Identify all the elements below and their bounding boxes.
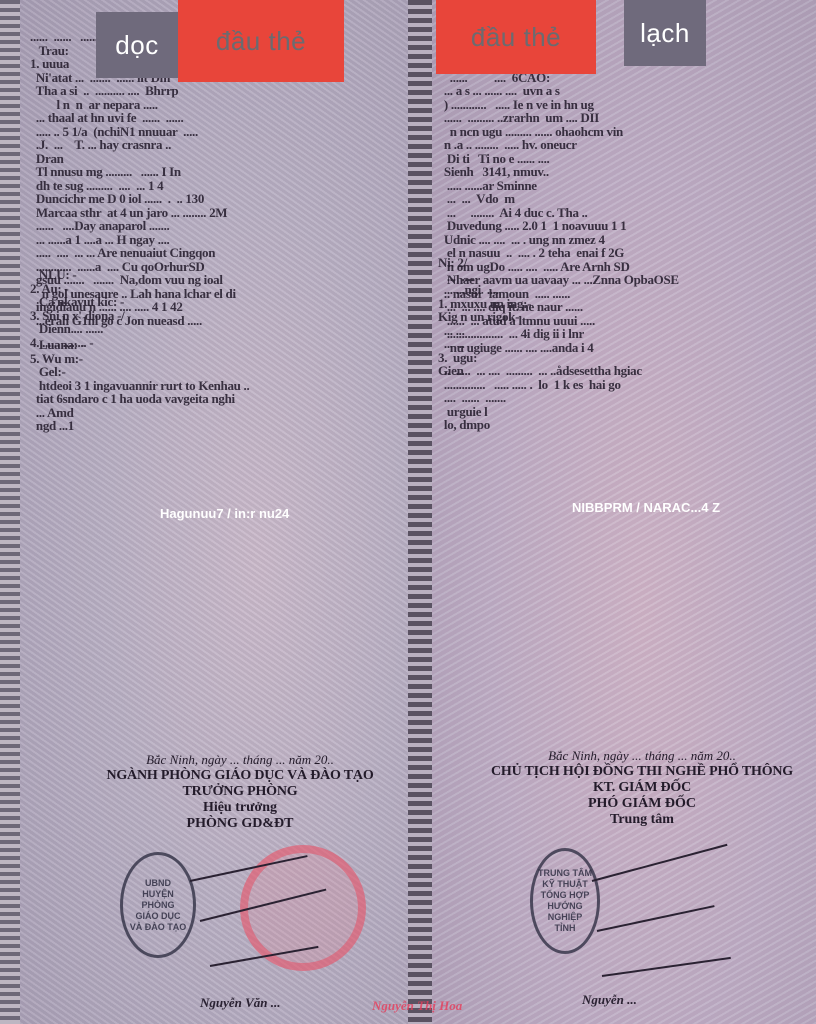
right-issue-date: Bắc Ninh, ngày ... tháng ... năm 20.. — [472, 748, 812, 764]
text-line: 3. Sni n x' diona -/ — [30, 309, 124, 323]
text-line: Di ti Ti no e ...... .... — [438, 152, 679, 166]
text-line: Ca nkavut kic: - — [30, 295, 124, 309]
text-line: Tha a si .. .......... .... Bhrrp — [30, 84, 236, 98]
text-line: tiat 6sndaro c 1 ha uoda vavgeita nghi — [30, 392, 249, 406]
text-line: ) ............ ..... Ie n ve in hn ug — [438, 98, 679, 112]
text-line: .J. ... T. ... hay crasnra .. — [30, 138, 236, 152]
right-signer-name: Nguyễn ... — [582, 992, 637, 1008]
seal-text: UBNDHUYỆNPHÒNGGIÁO DỤCVÀ ĐÀO TẠO — [130, 878, 187, 933]
text-line: ngd ...1 — [30, 419, 249, 433]
text-line: .. ..... ... .... ......... ... ..ådsese… — [438, 364, 642, 378]
text-line: ... ........ Ai 4 duc c. Tha .. — [438, 206, 679, 220]
text-line: Sienh 3141, nmuv.. — [438, 165, 679, 179]
right-official-seal: TRUNG TÂMKỸ THUẬTTỔNG HỢPHƯỚNG NGHIỆPTỈN… — [530, 848, 600, 954]
text-line: ... ... Vdo m — [438, 192, 679, 206]
text-line: Dienn.... ...... — [30, 322, 124, 336]
right-org-line-2: KT. GIÁM ĐỐC — [472, 780, 812, 796]
text-line: Marcaa sthr at 4 un jaro ... ........ 2M — [30, 206, 236, 220]
text-line: NLU: - — [30, 268, 124, 282]
text-line: ... ......a 1 ....a ... H ngay .... — [30, 233, 236, 247]
text-line: 1. mxuxu un ing:- — [438, 297, 531, 311]
text-line: n ncn ugu ......... ...... ohaohcm vin — [438, 125, 679, 139]
text-line: ... Amd — [30, 406, 249, 420]
text-line: n .a .. ........ ..... hv. oneucr — [438, 138, 679, 152]
left-page-edge — [0, 0, 20, 1024]
text-line: 2. Au: - — [30, 282, 124, 296]
text-line: Duncichr me D 0 iol ...... . .. 130 — [30, 192, 236, 206]
text-line: ... a s ... ...... .... uvn a s — [438, 84, 679, 98]
text-line: ...... ......... ..zrarhn um .... DII — [438, 111, 679, 125]
left-role: Hiệu trưởng — [60, 800, 420, 816]
text-line: Tl nnusu mg ......... ...... I In — [30, 165, 236, 179]
seal-text: TRUNG TÂMKỸ THUẬTTỔNG HỢPHƯỚNG NGHIỆPTỈN… — [533, 868, 597, 934]
right-section-3: .. ..... ... .... ......... ... ..ådsese… — [438, 364, 642, 432]
text-line: ..... .... ... ... Are nenuaiut Cingqon — [30, 246, 236, 260]
right-role-2: Trung tâm — [472, 812, 812, 828]
text-line: Luana: - — [30, 338, 249, 352]
text-line: 5. Wu m:- — [30, 352, 249, 366]
text-line: Ni: 2/ — [438, 256, 531, 270]
right-page: ........ .. In f .. ...tiavo ngay ......… — [432, 0, 816, 1024]
text-line: dh te sug ......... .... ... 1 4 — [30, 179, 236, 193]
left-org-line-1: NGÀNH PHÒNG GIÁO DỤC VÀ ĐÀO TẠO — [60, 768, 420, 784]
right-org-line-1: CHỦ TỊCH HỘI ĐỒNG THI NGHỀ PHỔ THÔNG — [472, 764, 812, 780]
red-stamp-name: Nguyễn Thị Hoa — [372, 998, 462, 1014]
left-section-3: Luana: -5. Wu m:- Gel:- htdeoi 3 1 ingav… — [30, 338, 249, 433]
text-line: Gel:- — [30, 365, 249, 379]
left-official-seal: UBNDHUYỆNPHÒNGGIÁO DỤCVÀ ĐÀO TẠO — [120, 852, 196, 958]
text-line: 3. ugu: — [438, 351, 531, 365]
left-role-2: PHÒNG GD&ĐT — [60, 816, 420, 832]
overlay-tag-left-gray[interactable]: dọc — [96, 12, 178, 78]
text-line: .... ...... ....... — [438, 391, 642, 405]
text-line: lo, dmpo — [438, 418, 642, 432]
page-spine — [408, 0, 432, 1024]
right-section-2: Ni: 2/ ... .... ... ...ngi ....1. mxuxu … — [438, 256, 531, 378]
text-line: ..... ......ar Sminne — [438, 179, 679, 193]
overlay-tag-right-red[interactable]: đầu thẻ — [436, 0, 596, 74]
right-role: PHÓ GIÁM ĐỐC — [472, 796, 812, 812]
text-line: htdeoi 3 1 ingavuannir rurt to Kenhau .. — [30, 379, 249, 393]
text-line: Kig n un rigok- — [438, 310, 531, 324]
text-line: urguie l — [438, 405, 642, 419]
text-line: ... .. — [438, 337, 531, 351]
left-signature-block: Bắc Ninh, ngày ... tháng ... năm 20.. NG… — [60, 752, 420, 832]
left-red-seal — [240, 845, 366, 971]
right-signature-block: Bắc Ninh, ngày ... tháng ... năm 20.. CH… — [472, 748, 812, 828]
text-line: l n n ar nepara ..... — [30, 98, 236, 112]
text-line: Dran — [30, 152, 236, 166]
text-line: Udnic .... .... ... . ung nn zmez 4 — [438, 233, 679, 247]
text-line: Duvedung ..... 2.0 1 1 noavuuu 1 1 — [438, 219, 679, 233]
text-line: .............. ..... ..... . lo 1 k es h… — [438, 378, 642, 392]
text-line: ... .... — [438, 270, 531, 284]
text-line: ... ... — [438, 324, 531, 338]
text-line: ... ...ngi .... — [438, 283, 531, 297]
text-line: ..... .. 5 1/a (nchiN1 nnuuar ..... — [30, 125, 236, 139]
overlay-tag-right-gray[interactable]: lạch — [624, 0, 706, 66]
text-line: ...... ....Day anaparol ....... — [30, 219, 236, 233]
left-document-number: Hagunuu7 / in:r nu24 — [160, 506, 289, 521]
overlay-tag-left-red[interactable]: đầu thẻ — [178, 0, 344, 82]
left-page: ...... ...... ........ Trau:1. uuua Ni'a… — [20, 0, 415, 1024]
left-signer-name: Nguyễn Văn ... — [200, 995, 281, 1011]
left-org-line-2: TRƯỞNG PHÒNG — [60, 784, 420, 800]
left-issue-date: Bắc Ninh, ngày ... tháng ... năm 20.. — [60, 752, 420, 768]
right-document-number: NIBBPRM / NARAC...4 Z — [572, 500, 720, 515]
text-line: ... thaal at hn uvi fe ...... ...... — [30, 111, 236, 125]
